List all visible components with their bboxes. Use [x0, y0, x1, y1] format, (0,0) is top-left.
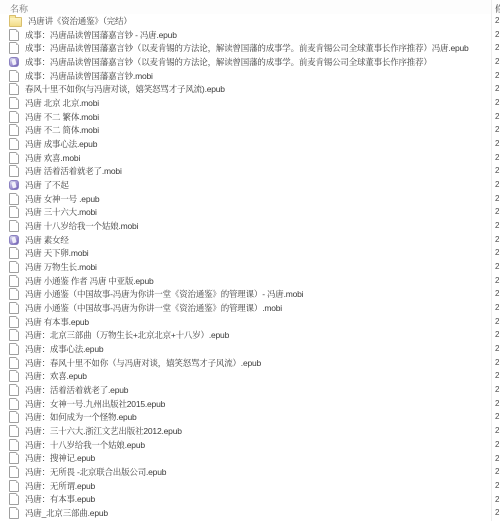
file-name: 冯唐：有本事.epub	[25, 493, 95, 505]
file-date-partial: 2	[495, 371, 499, 380]
file-date-partial: 2	[495, 262, 499, 271]
document-icon	[9, 275, 19, 287]
file-row[interactable]: 冯唐_北京三部曲.epub 2	[0, 506, 500, 520]
file-name: 冯唐：活着活着就老了.epub	[25, 384, 128, 396]
file-date-partial: 2	[495, 399, 499, 408]
file-name: 冯唐 小通鉴 作者 冯唐 中亚版.epub	[25, 275, 154, 287]
file-row[interactable]: 冯唐 天下卵.mobi 2	[0, 246, 500, 260]
file-row[interactable]: 冯唐：无所谓.epub 2	[0, 479, 500, 493]
document-icon	[9, 288, 19, 300]
file-name: 冯唐 小通鉴（中国故事-冯唐为你讲一堂《资治通鉴》的管理课）.mobi	[25, 302, 282, 314]
file-name: 冯唐 小通鉴（中国故事-冯唐为你讲一堂《资治通鉴》的管理课）- 冯唐.mobi	[25, 288, 303, 300]
file-row[interactable]: 冯唐 成事心法.epub 2	[0, 137, 500, 151]
document-icon	[9, 452, 19, 464]
document-icon	[9, 480, 19, 492]
document-icon	[9, 261, 19, 273]
file-row[interactable]: 冯唐：女神一号.九州出版社2015.epub 2	[0, 397, 500, 411]
document-icon	[9, 111, 19, 123]
file-name: 冯唐讲《资治通鉴》（完结）	[28, 15, 132, 27]
document-icon	[9, 384, 19, 396]
file-row[interactable]: 春风十里不如你(与冯唐对谈，嬉笑怒骂才子风流).epub 2	[0, 82, 500, 96]
file-list-panel: 名称 修改日期 冯唐讲《资治通鉴》（完结） 2 成事：冯唐品读曾国藩嘉言钞 - …	[0, 0, 500, 521]
file-row[interactable]: 冯唐 女神一号 .epub 2	[0, 192, 500, 206]
file-row[interactable]: 冯唐 不二 繁体.mobi 2	[0, 110, 500, 124]
file-row[interactable]: 冯唐：活着活着就老了.epub 2	[0, 383, 500, 397]
document-icon	[9, 343, 19, 355]
column-header-bar: 名称 修改日期	[0, 0, 500, 14]
file-name: 冯唐：无所谓.epub	[25, 480, 95, 492]
file-name: 冯唐：十八岁给我一个姑娘.epub	[25, 439, 145, 451]
file-date-partial: 2	[495, 221, 499, 230]
file-name: 冯唐：欢喜.epub	[25, 370, 87, 382]
document-icon	[9, 247, 19, 259]
file-name: 冯唐 活着活着就老了.mobi	[25, 165, 122, 177]
file-date-partial: 2	[495, 385, 499, 394]
file-date-partial: 2	[495, 194, 499, 203]
file-date-partial: 2	[495, 125, 499, 134]
file-date-partial: 2	[495, 481, 499, 490]
file-name: 成事：冯唐品读曾国藩嘉言钞（以麦肯锡的方法论，解读曾国藩的成事学。前麦肯锡公司全…	[25, 56, 432, 68]
file-row[interactable]: 冯唐：欢喜.epub 2	[0, 369, 500, 383]
file-name: 冯唐：无所畏 -北京联合出版公司.epub	[25, 466, 166, 478]
file-name: 冯唐 不二 繁体.mobi	[25, 111, 99, 123]
file-row[interactable]: 冯唐 小通鉴 作者 冯唐 中亚版.epub 2	[0, 274, 500, 288]
file-name: 冯唐 有本事.epub	[25, 316, 89, 328]
document-icon	[9, 357, 19, 369]
file-rows-container: 冯唐讲《资治通鉴》（完结） 2 成事：冯唐品读曾国藩嘉言钞 - 冯唐.epub …	[0, 14, 500, 520]
file-date-partial: 2	[495, 16, 499, 25]
document-icon	[9, 97, 19, 109]
file-name: 冯唐 三十六大.mobi	[25, 206, 97, 218]
document-icon	[9, 493, 19, 505]
file-name: 冯唐：北京三部曲（万物生长+北京北京+十八岁）.epub	[25, 329, 229, 341]
folder-icon	[9, 17, 22, 27]
file-row[interactable]: 冯唐：成事心法.epub 2	[0, 342, 500, 356]
file-name: 冯唐 成事心法.epub	[25, 138, 97, 150]
file-date-partial: 2	[495, 180, 499, 189]
file-name: 冯唐：如何成为一个怪物.epub	[25, 411, 137, 423]
file-date-partial: 2	[495, 276, 499, 285]
file-name: 冯唐 十八岁给我一个姑娘.mobi	[25, 220, 138, 232]
document-icon	[9, 329, 19, 341]
file-row[interactable]: 成事：冯唐品读曾国藩嘉言钞 - 冯唐.epub 2	[0, 28, 500, 42]
file-date-partial: 2	[495, 358, 499, 367]
document-icon	[9, 193, 19, 205]
file-name: 冯唐 了不起	[25, 179, 69, 191]
file-row[interactable]: 成事：冯唐品读曾国藩嘉言钞（以麦肯锡的方法论，解读曾国藩的成事学。前麦肯锡公司全…	[0, 41, 500, 55]
file-date-partial: 2	[495, 57, 499, 66]
file-date-partial: 2	[495, 235, 499, 244]
file-row[interactable]: 冯唐：十八岁给我一个姑娘.epub 2	[0, 438, 500, 452]
file-name: 冯唐：三十六大.浙江文艺出版社2012.epub	[25, 425, 182, 437]
file-name: 成事：冯唐品读曾国藩嘉言钞.mobi	[25, 70, 153, 82]
document-icon	[9, 206, 19, 218]
file-row[interactable]: 冯唐：春风十里不如你（与冯唐对谈，嬉笑怒骂才子风流）.epub 2	[0, 356, 500, 370]
file-name: 冯唐 天下卵.mobi	[25, 247, 88, 259]
document-icon	[9, 466, 19, 478]
ebook-icon	[9, 235, 19, 245]
file-row[interactable]: 冯唐：北京三部曲（万物生长+北京北京+十八岁）.epub 2	[0, 328, 500, 342]
document-icon	[9, 124, 19, 136]
file-row[interactable]: 冯唐 北京 北京.mobi 2	[0, 96, 500, 110]
file-row[interactable]: 冯唐：搜神记.epub 2	[0, 452, 500, 466]
file-row[interactable]: 冯唐 了不起 2	[0, 178, 500, 192]
document-icon	[9, 83, 19, 95]
file-row[interactable]: 冯唐 活着活着就老了.mobi 2	[0, 164, 500, 178]
file-date-partial: 2	[495, 412, 499, 421]
file-date-partial: 2	[495, 508, 499, 517]
ebook-icon	[9, 180, 19, 190]
file-row[interactable]: 冯唐 十八岁给我一个姑娘.mobi 2	[0, 219, 500, 233]
file-date-partial: 2	[495, 303, 499, 312]
file-date-partial: 2	[495, 440, 499, 449]
file-date-partial: 2	[495, 112, 499, 121]
ebook-icon	[9, 57, 19, 67]
file-name: 成事：冯唐品读曾国藩嘉言钞（以麦肯锡的方法论，解读曾国藩的成事学。前麦肯锡公司全…	[25, 42, 469, 54]
file-name: 冯唐 女神一号 .epub	[25, 193, 99, 205]
file-date-partial: 2	[495, 454, 499, 463]
document-icon	[9, 425, 19, 437]
file-row[interactable]: 冯唐 素女经 2	[0, 233, 500, 247]
file-name: 冯唐：春风十里不如你（与冯唐对谈，嬉笑怒骂才子风流）.epub	[25, 357, 261, 369]
document-icon	[9, 439, 19, 451]
file-row[interactable]: 冯唐讲《资治通鉴》（完结） 2	[0, 14, 500, 28]
file-date-partial: 2	[495, 248, 499, 257]
file-date-partial: 2	[495, 330, 499, 339]
file-row[interactable]: 成事：冯唐品读曾国藩嘉言钞（以麦肯锡的方法论，解读曾国藩的成事学。前麦肯锡公司全…	[0, 55, 500, 69]
file-row[interactable]: 冯唐 有本事.epub 2	[0, 315, 500, 329]
file-date-partial: 2	[495, 426, 499, 435]
file-date-partial: 2	[495, 495, 499, 504]
file-row[interactable]: 冯唐：如何成为一个怪物.epub 2	[0, 410, 500, 424]
file-name: 冯唐：搜神记.epub	[25, 452, 95, 464]
file-date-partial: 2	[495, 207, 499, 216]
file-row[interactable]: 冯唐 万物生长.mobi 2	[0, 260, 500, 274]
file-date-partial: 2	[495, 84, 499, 93]
file-name: 冯唐 万物生长.mobi	[25, 261, 97, 273]
document-icon	[9, 411, 19, 423]
file-row[interactable]: 冯唐：三十六大.浙江文艺出版社2012.epub 2	[0, 424, 500, 438]
file-date-partial: 2	[495, 43, 499, 52]
file-date-partial: 2	[495, 30, 499, 39]
file-row[interactable]: 冯唐：有本事.epub 2	[0, 493, 500, 507]
file-date-partial: 2	[495, 153, 499, 162]
document-icon	[9, 302, 19, 314]
file-row[interactable]: 成事：冯唐品读曾国藩嘉言钞.mobi 2	[0, 69, 500, 83]
file-row[interactable]: 冯唐 三十六大.mobi 2	[0, 205, 500, 219]
file-name: 冯唐：成事心法.epub	[25, 343, 103, 355]
document-icon	[9, 398, 19, 410]
file-date-partial: 2	[495, 98, 499, 107]
file-date-partial: 2	[495, 71, 499, 80]
document-icon	[9, 316, 19, 328]
document-icon	[9, 507, 19, 519]
file-name: 冯唐 欢喜.mobi	[25, 152, 80, 164]
file-name: 冯唐 不二 简体.mobi	[25, 124, 99, 136]
document-icon	[9, 29, 19, 41]
document-icon	[9, 220, 19, 232]
file-date-partial: 2	[495, 139, 499, 148]
file-name: 成事：冯唐品读曾国藩嘉言钞 - 冯唐.epub	[25, 29, 177, 41]
file-date-partial: 2	[495, 289, 499, 298]
file-name: 冯唐 北京 北京.mobi	[25, 97, 99, 109]
file-date-partial: 2	[495, 317, 499, 326]
file-name: 冯唐：女神一号.九州出版社2015.epub	[25, 398, 165, 410]
file-date-partial: 2	[495, 467, 499, 476]
file-name: 春风十里不如你(与冯唐对谈，嬉笑怒骂才子风流).epub	[25, 83, 225, 95]
file-row[interactable]: 冯唐 小通鉴（中国故事-冯唐为你讲一堂《资治通鉴》的管理课）.mobi 2	[0, 301, 500, 315]
file-row[interactable]: 冯唐 小通鉴（中国故事-冯唐为你讲一堂《资治通鉴》的管理课）- 冯唐.mobi …	[0, 287, 500, 301]
file-date-partial: 2	[495, 166, 499, 175]
document-icon	[9, 70, 19, 82]
document-icon	[9, 165, 19, 177]
document-icon	[9, 370, 19, 382]
file-name: 冯唐 素女经	[25, 234, 69, 246]
file-row[interactable]: 冯唐：无所畏 -北京联合出版公司.epub 2	[0, 465, 500, 479]
file-row[interactable]: 冯唐 不二 简体.mobi 2	[0, 123, 500, 137]
document-icon	[9, 138, 19, 150]
file-name: 冯唐_北京三部曲.epub	[25, 507, 108, 519]
file-row[interactable]: 冯唐 欢喜.mobi 2	[0, 151, 500, 165]
document-icon	[9, 152, 19, 164]
file-date-partial: 2	[495, 344, 499, 353]
document-icon	[9, 42, 19, 54]
